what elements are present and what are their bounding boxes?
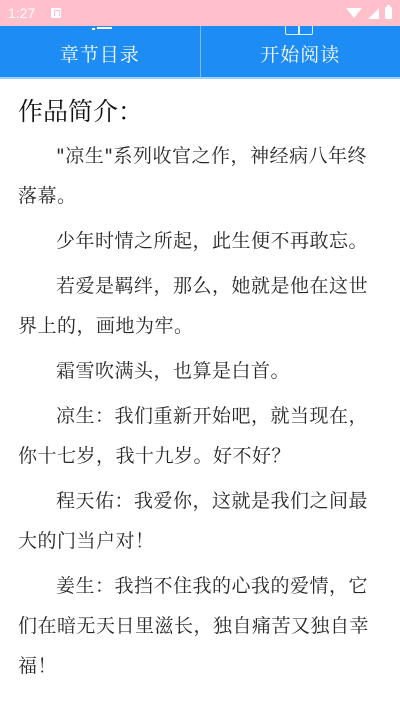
intro-paragraph: 若爱是羁绊，那么，她就是他在这世界上的，画地为牢。	[18, 266, 382, 346]
table-of-contents-label: 章节目录	[60, 40, 140, 67]
status-icons	[346, 7, 392, 19]
start-reading-label: 开始阅读	[260, 40, 340, 67]
intro-title: 作品简介：	[18, 92, 382, 132]
intro-paragraph: 姜生：我挡不住我的心我的爱情，它们在暗无天日里滋长，独自痛苦又独自幸福！	[18, 566, 382, 686]
status-time: 1:27	[8, 5, 35, 21]
intro-paragraph: 凉生：我们重新开始吧，就当现在，你十七岁，我十九岁。好不好？	[18, 396, 382, 476]
notification-icon	[51, 8, 61, 18]
signal-icon	[368, 8, 379, 19]
intro-paragraph: 霜雪吹满头，也算是白首。	[18, 351, 382, 391]
start-reading-button[interactable]: 开始阅读	[200, 26, 400, 77]
status-bar: 1:27	[0, 0, 400, 26]
list-icon	[88, 26, 112, 32]
intro-paragraph: 程天佑：我爱你，这就是我们之间最大的门当户对！	[18, 481, 382, 561]
intro-paragraph: "凉生"系列收官之作，神经病八年终落幕。	[18, 136, 382, 216]
book-intro: 作品简介： "凉生"系列收官之作，神经病八年终落幕。 少年时情之所起，此生便不再…	[0, 92, 400, 691]
table-of-contents-button[interactable]: 章节目录	[0, 26, 200, 77]
wifi-icon	[346, 8, 362, 18]
book-icon	[285, 26, 313, 35]
battery-icon	[385, 7, 392, 19]
action-bar: 章节目录 开始阅读	[0, 26, 400, 79]
intro-paragraph: 少年时情之所起，此生便不再敢忘。	[18, 221, 382, 261]
